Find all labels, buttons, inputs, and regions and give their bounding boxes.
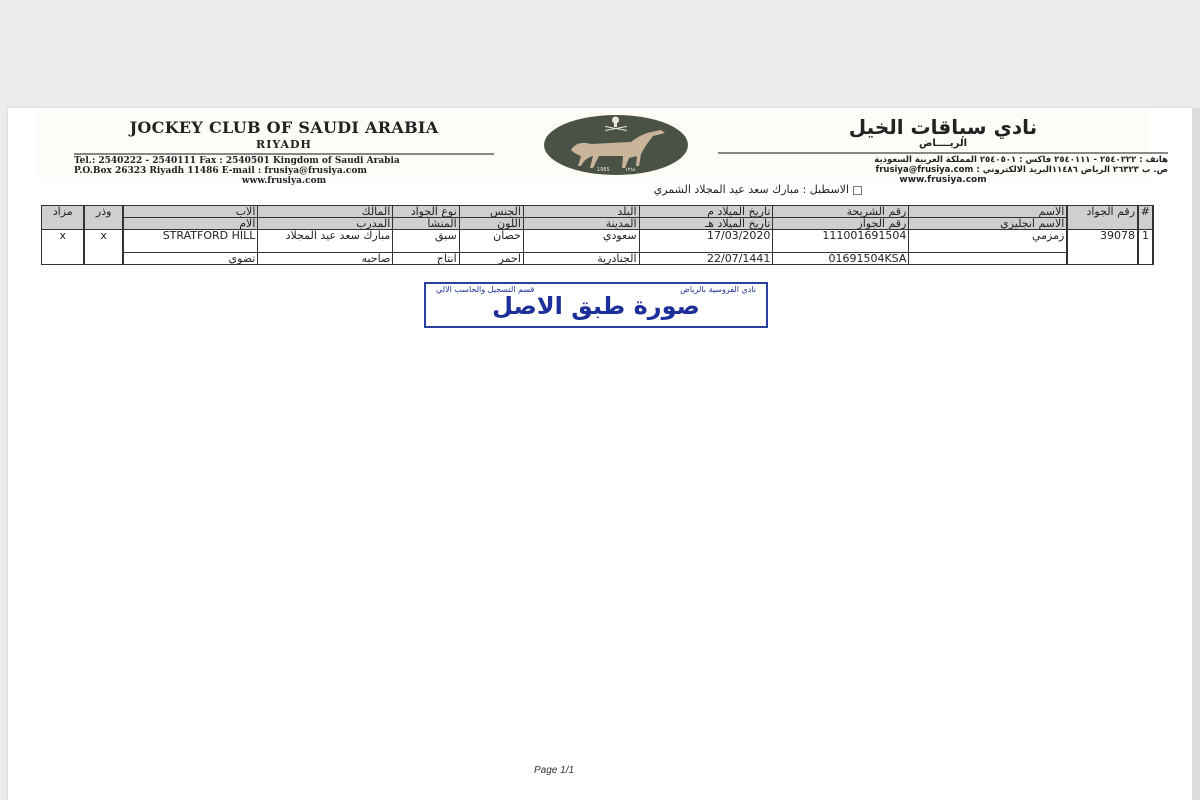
header-index: # — [1138, 206, 1153, 230]
cell-origin: انتاج — [393, 253, 459, 265]
cell-sex: حصان — [459, 230, 523, 253]
header-microchip: رقم الشريحة — [773, 206, 909, 218]
cell-horse-number: 39078 — [1067, 230, 1138, 265]
header-horse-type: نوع الجواد — [393, 206, 459, 218]
header-wathr: وذر — [84, 206, 123, 230]
cell-owner: مبارك سعد عيد المجلاد — [258, 230, 393, 253]
header-country: البلد — [523, 206, 639, 218]
header-trainer: المدرب — [258, 218, 393, 230]
header-city: المدينة — [523, 218, 639, 230]
cell-sire: STRATFORD HILL — [123, 230, 258, 253]
header-dob-hijri: تاريخ الميلاد هـ — [639, 218, 773, 230]
header-sex: الجنس — [459, 206, 523, 218]
header-origin: المنشأ — [393, 218, 459, 230]
contact-line-1: Tel.: 2540222 - 2540111 Fax : 2540501 Ki… — [74, 156, 494, 166]
table-header-row-1: # رقم الجواد الاسم رقم الشريحة تاريخ الم… — [42, 206, 1154, 218]
letterhead-english: JOCKEY CLUB OF SAUDI ARABIA RIYADH Tel.:… — [74, 118, 494, 186]
cell-trainer: صاحبه — [258, 253, 393, 265]
cell-english-name — [909, 253, 1067, 265]
stable-line: الاسطبل : مبارك سعد عيد المجلاد الشمري — [654, 183, 862, 196]
header-owner: المالك — [258, 206, 393, 218]
header-auction: مزاد — [42, 206, 85, 230]
city-arabic: الريــــاض — [718, 138, 1168, 150]
club-name-arabic: نادي سباقات الخيل — [718, 116, 1168, 138]
contact-line-arabic-2: ص. ب ٢٦٣٢٣ الرياض ١١٤٨٦البريد الالكتروني… — [718, 165, 1168, 175]
cell-country: سعودي — [523, 230, 639, 253]
divider — [74, 153, 494, 155]
cell-auction: x — [42, 230, 85, 265]
cell-city: الجنادرية — [523, 253, 639, 265]
stamp-main-text: صورة طبق الاصل — [426, 293, 766, 319]
header-horse-number: رقم الجواد — [1067, 206, 1138, 230]
page-edge — [1192, 108, 1200, 800]
page-number: Page 1/1 — [534, 765, 574, 776]
cell-color: احمر — [459, 253, 523, 265]
table-row: 1 39078 زمزمي 111001691504 17/03/2020 سع… — [42, 230, 1154, 253]
cell-horse-type: سبق — [393, 230, 459, 253]
checkbox-icon — [853, 186, 862, 195]
cell-microchip: 111001691504 — [773, 230, 909, 253]
cell-dob-hijri: 22/07/1441 — [639, 253, 773, 265]
header-english-name: الاسم انجليزي — [909, 218, 1067, 230]
stable-label: الاسطبل : مبارك سعد عيد المجلاد الشمري — [654, 183, 849, 196]
table-row-secondary: 01691504KSA 22/07/1441 الجنادرية احمر ان… — [42, 253, 1154, 265]
contact-line-arabic-1: هاتف : ٢٥٤٠٢٢٢ - ٢٥٤٠١١١ فاكس : ٢٥٤٠٥٠١ … — [718, 155, 1168, 165]
header-dob-gregorian: تاريخ الميلاد م — [639, 206, 773, 218]
cell-wathr: x — [84, 230, 123, 265]
cell-index: 1 — [1138, 230, 1153, 265]
table-header-row-2: الاسم انجليزي رقم الجواز تاريخ الميلاد ه… — [42, 218, 1154, 230]
letterhead: JOCKEY CLUB OF SAUDI ARABIA RIYADH Tel.:… — [38, 110, 1150, 178]
header-dam: الام — [123, 218, 258, 230]
header-sire: الاب — [123, 206, 258, 218]
website-english: www.frusiya.com — [74, 176, 494, 186]
cell-dam: تضوي — [123, 253, 258, 265]
certified-copy-stamp: نادي الفروسية بالرياض قسم التسجيل والحاس… — [424, 282, 768, 328]
contact-line-2: P.O.Box 26323 Riyadh 11486 E-mail : frus… — [74, 166, 494, 176]
cell-name: زمزمي — [909, 230, 1067, 253]
club-name-english: JOCKEY CLUB OF SAUDI ARABIA — [74, 118, 494, 137]
letterhead-arabic: نادي سباقات الخيل الريــــاض هاتف : ٢٥٤٠… — [718, 116, 1168, 185]
svg-text:١٣٨٤: ١٣٨٤ — [625, 167, 636, 173]
header-color: اللون — [459, 218, 523, 230]
city-english: RIYADH — [74, 138, 494, 151]
document-page: JOCKEY CLUB OF SAUDI ARABIA RIYADH Tel.:… — [8, 108, 1192, 800]
cell-dob-gregorian: 17/03/2020 — [639, 230, 773, 253]
horse-emblem-icon: 1965 ١٣٨٤ — [541, 114, 691, 176]
header-passport: رقم الجواز — [773, 218, 909, 230]
header-name: الاسم — [909, 206, 1067, 218]
cell-passport: 01691504KSA — [773, 253, 909, 265]
divider — [718, 152, 1168, 154]
horse-table: # رقم الجواد الاسم رقم الشريحة تاريخ الم… — [41, 205, 1154, 265]
svg-text:1965: 1965 — [597, 167, 610, 173]
